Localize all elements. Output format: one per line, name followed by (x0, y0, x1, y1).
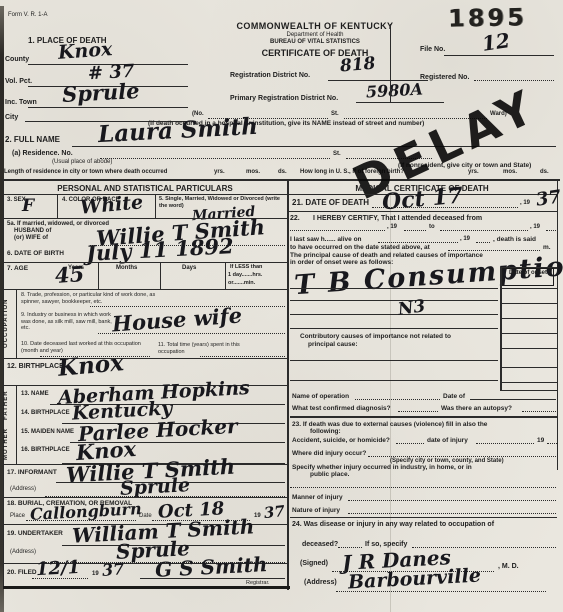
occurred-tail: m. (543, 244, 551, 252)
mos-label: mos. (246, 169, 260, 176)
rule (396, 443, 424, 444)
sex-value: F (22, 198, 34, 215)
contributory-text-2: principal cause: (308, 341, 358, 349)
residence-label: (a) Residence. No. (12, 150, 73, 158)
city-label: City (5, 114, 18, 122)
cell-divider (98, 262, 99, 289)
date-of-death-value: Oct 17 (381, 185, 464, 214)
specify-text-2: public place. (310, 471, 349, 479)
certify-to: to (429, 224, 435, 231)
filed-label: 20. FILED (7, 569, 37, 577)
death-certificate: Form V. R. 1-A 1. PLACE OF DEATH County … (0, 0, 563, 612)
side-strip-divider (16, 289, 17, 358)
rule (546, 230, 556, 231)
cell-divider (57, 194, 58, 218)
rule (500, 288, 557, 289)
registrar-label: Registrar. (246, 580, 270, 587)
q24-text-1: 24. Was disease or injury in any way rel… (292, 521, 494, 529)
rule (547, 443, 557, 444)
rule (98, 333, 285, 334)
nature-of-injury-label: Nature of injury (292, 507, 340, 515)
rule (140, 578, 285, 579)
mos-label-2: mos. (503, 169, 517, 176)
accident-label: Accident, suicide, or homicide? (292, 437, 390, 445)
trade-label: 8. Trade, profession, or particular kind… (21, 292, 171, 305)
form-number: Form V. R. 1-A (8, 12, 47, 19)
rule (3, 262, 287, 263)
burial-year-prefix: 19 (254, 513, 261, 520)
rule (100, 158, 330, 159)
father-birthplace-label: 14. BIRTHPLACE (21, 410, 70, 417)
rule (290, 314, 498, 315)
rule (290, 416, 557, 418)
occupation-value: House wife (111, 304, 242, 334)
cell-divider (225, 262, 226, 289)
abode-note: (Usual place of abode) (52, 159, 112, 166)
rule (476, 443, 534, 444)
rule (500, 390, 557, 391)
ds-label: ds. (278, 169, 287, 176)
side-strip-divider (16, 385, 17, 424)
burial-place-label: Place (10, 513, 25, 520)
last-saw-year: , 19 (460, 236, 470, 243)
rule (290, 487, 556, 488)
mother-name-label: 15. MAIDEN NAME (21, 429, 74, 436)
rule (368, 456, 556, 457)
file-no-label: File No. (420, 46, 445, 54)
table-left-border (3, 180, 4, 588)
rule (500, 367, 557, 368)
filed-year-value: 37 (101, 561, 125, 579)
rule (500, 318, 557, 319)
rule (200, 356, 285, 357)
age-months-label: Months (116, 265, 137, 272)
county-label: County (5, 56, 29, 64)
primary-registration-value: 5980A (366, 82, 424, 101)
rule (355, 399, 440, 400)
contributory-text-1: Contributory causes of importance not re… (300, 333, 451, 341)
age-years-value: 45 (54, 263, 85, 286)
birthplace-label: 12. BIRTHPLACE (7, 363, 64, 371)
age-label: 7. AGE (7, 265, 28, 273)
md-label: , M. D. (498, 563, 519, 571)
cell-divider (160, 262, 161, 289)
rule (440, 230, 528, 231)
rule (522, 411, 556, 412)
mother-birthplace-label: 16. BIRTHPLACE (21, 447, 70, 454)
rule (290, 380, 498, 381)
father-name-label: 13. NAME (21, 391, 49, 398)
header-divider (390, 24, 391, 102)
date-of-death-label: 21. DATE OF DEATH (292, 198, 369, 208)
birthplace-value: Knox (57, 351, 125, 380)
column-divider (287, 180, 289, 590)
date-of-death-year-value: 37 (535, 188, 562, 209)
rule (32, 578, 88, 579)
mother-side-label: MOTHER (3, 426, 9, 462)
rule (500, 348, 557, 349)
rule (290, 517, 557, 518)
table-right-border (557, 180, 558, 470)
manner-of-injury-label: Manner of injury (292, 494, 343, 502)
informant-address-label: (Address) (10, 486, 36, 493)
rule (290, 328, 498, 329)
registration-district-label: Registration District No. (230, 72, 310, 80)
rule (398, 411, 438, 412)
filed-date-value: 12/1 (36, 559, 81, 579)
informant-label: 17. INFORMANT (7, 469, 57, 477)
occurred-text: to have occurred on the date stated abov… (290, 244, 430, 252)
occupation-side-label: OCCUPATION (3, 291, 9, 356)
q23-text-2: following: (310, 428, 341, 436)
rule (404, 230, 426, 231)
rule (348, 513, 556, 514)
q24-deceased-label: deceased? (302, 541, 338, 549)
file-sequence-stamp: 1895 (448, 3, 527, 32)
certify-number: 22. (290, 215, 300, 223)
spouse-label-3: (or) WIFE of (14, 235, 48, 242)
registrar-signature: G S Smith (155, 554, 268, 580)
ds-label-2: ds. (540, 169, 549, 176)
race-value: White (79, 193, 144, 217)
rule (470, 399, 556, 400)
rule (378, 242, 458, 243)
filed-year-prefix: 19 (92, 571, 99, 578)
rule (3, 194, 287, 195)
certify-year-2: , 19 (530, 224, 540, 231)
bureau-line: BUREAU OF VITAL STATISTICS (225, 39, 405, 46)
yrs-label: yrs. (214, 169, 225, 176)
certificate-title: CERTIFICATE OF DEATH (225, 48, 405, 59)
primary-registration-label: Primary Registration District No. (230, 95, 338, 103)
inc-town-value: Sprule (62, 80, 141, 105)
rule (500, 303, 557, 304)
injury-date-label: date of injury (427, 437, 468, 445)
registration-district-value: 818 (339, 55, 376, 75)
rule (290, 360, 498, 361)
total-time-label: 11. Total time (years) spent in this occ… (158, 342, 258, 355)
rule (290, 230, 385, 231)
county-value: Knox (57, 40, 113, 63)
rule (500, 382, 557, 383)
rule (3, 289, 287, 290)
rule (500, 333, 557, 334)
length-of-residence-label: Length of residence in city or town wher… (4, 169, 167, 176)
last-saw-tail: , death is said (493, 236, 536, 244)
rule (476, 242, 490, 243)
side-strip-divider (16, 424, 17, 464)
rule (290, 300, 498, 301)
undertaker-address-label: (Address) (10, 549, 36, 556)
rule (348, 500, 556, 501)
age-days-label: Days (182, 265, 196, 272)
operation-label: Name of operation (292, 393, 349, 401)
age-less-label-3: or.......min. (228, 280, 255, 287)
signed-label: (Signed) (300, 560, 328, 568)
st-label: St. (331, 111, 339, 118)
autopsy-label: Was there an autopsy? (441, 405, 512, 413)
rule (28, 107, 188, 108)
rule (338, 547, 362, 548)
registered-no-label: Registered No. (420, 74, 469, 82)
rule (3, 358, 287, 359)
where-injury-label: Where did injury occur? (292, 450, 366, 458)
age-less-label-1: If LESS than (230, 264, 262, 271)
dob-value: July 11 1892 (86, 235, 235, 264)
age-less-label-2: 1 day.......hrs. (228, 272, 262, 279)
rule (290, 288, 498, 289)
test-label: What test confirmed diagnosis? (292, 405, 391, 413)
physician-address-label: (Address) (304, 579, 337, 587)
date-of-onset-label: Date of onset (502, 268, 554, 286)
last-saw-text: I last saw h...... alive on (290, 236, 362, 244)
certify-text: I HEREBY CERTIFY, That I attended deceas… (313, 215, 482, 223)
injury-year-prefix: 19 (537, 437, 544, 445)
notation-mark: N3 (397, 298, 426, 319)
operation-date-label: Date of (443, 393, 465, 401)
full-name-label: 2. FULL NAME (5, 135, 60, 145)
full-name-value: Laura Smith (98, 115, 259, 146)
father-side-label: FATHER (3, 387, 9, 423)
undertaker-label: 19. UNDERTAKER (7, 530, 63, 538)
cell-divider (155, 194, 156, 218)
rule (287, 211, 557, 212)
rule (448, 250, 540, 251)
commonwealth-title: COMMONWEALTH OF KENTUCKY (225, 21, 405, 32)
file-no-value: 12 (481, 30, 511, 54)
personal-section-title: PERSONAL AND STATISTICAL PARTICULARS (3, 184, 287, 194)
dob-label: 6. DATE OF BIRTH (7, 250, 64, 258)
date-of-death-year-prefix: , 19 (520, 200, 530, 207)
rule (3, 497, 287, 498)
burial-year-value: 37 (263, 504, 285, 521)
rule (336, 591, 546, 592)
certify-year-1: , 19 (387, 224, 397, 231)
rule (372, 207, 518, 208)
physician-address-value: Barbourville (348, 567, 482, 593)
industry-label: 9. Industry or business in which work wa… (21, 312, 116, 332)
